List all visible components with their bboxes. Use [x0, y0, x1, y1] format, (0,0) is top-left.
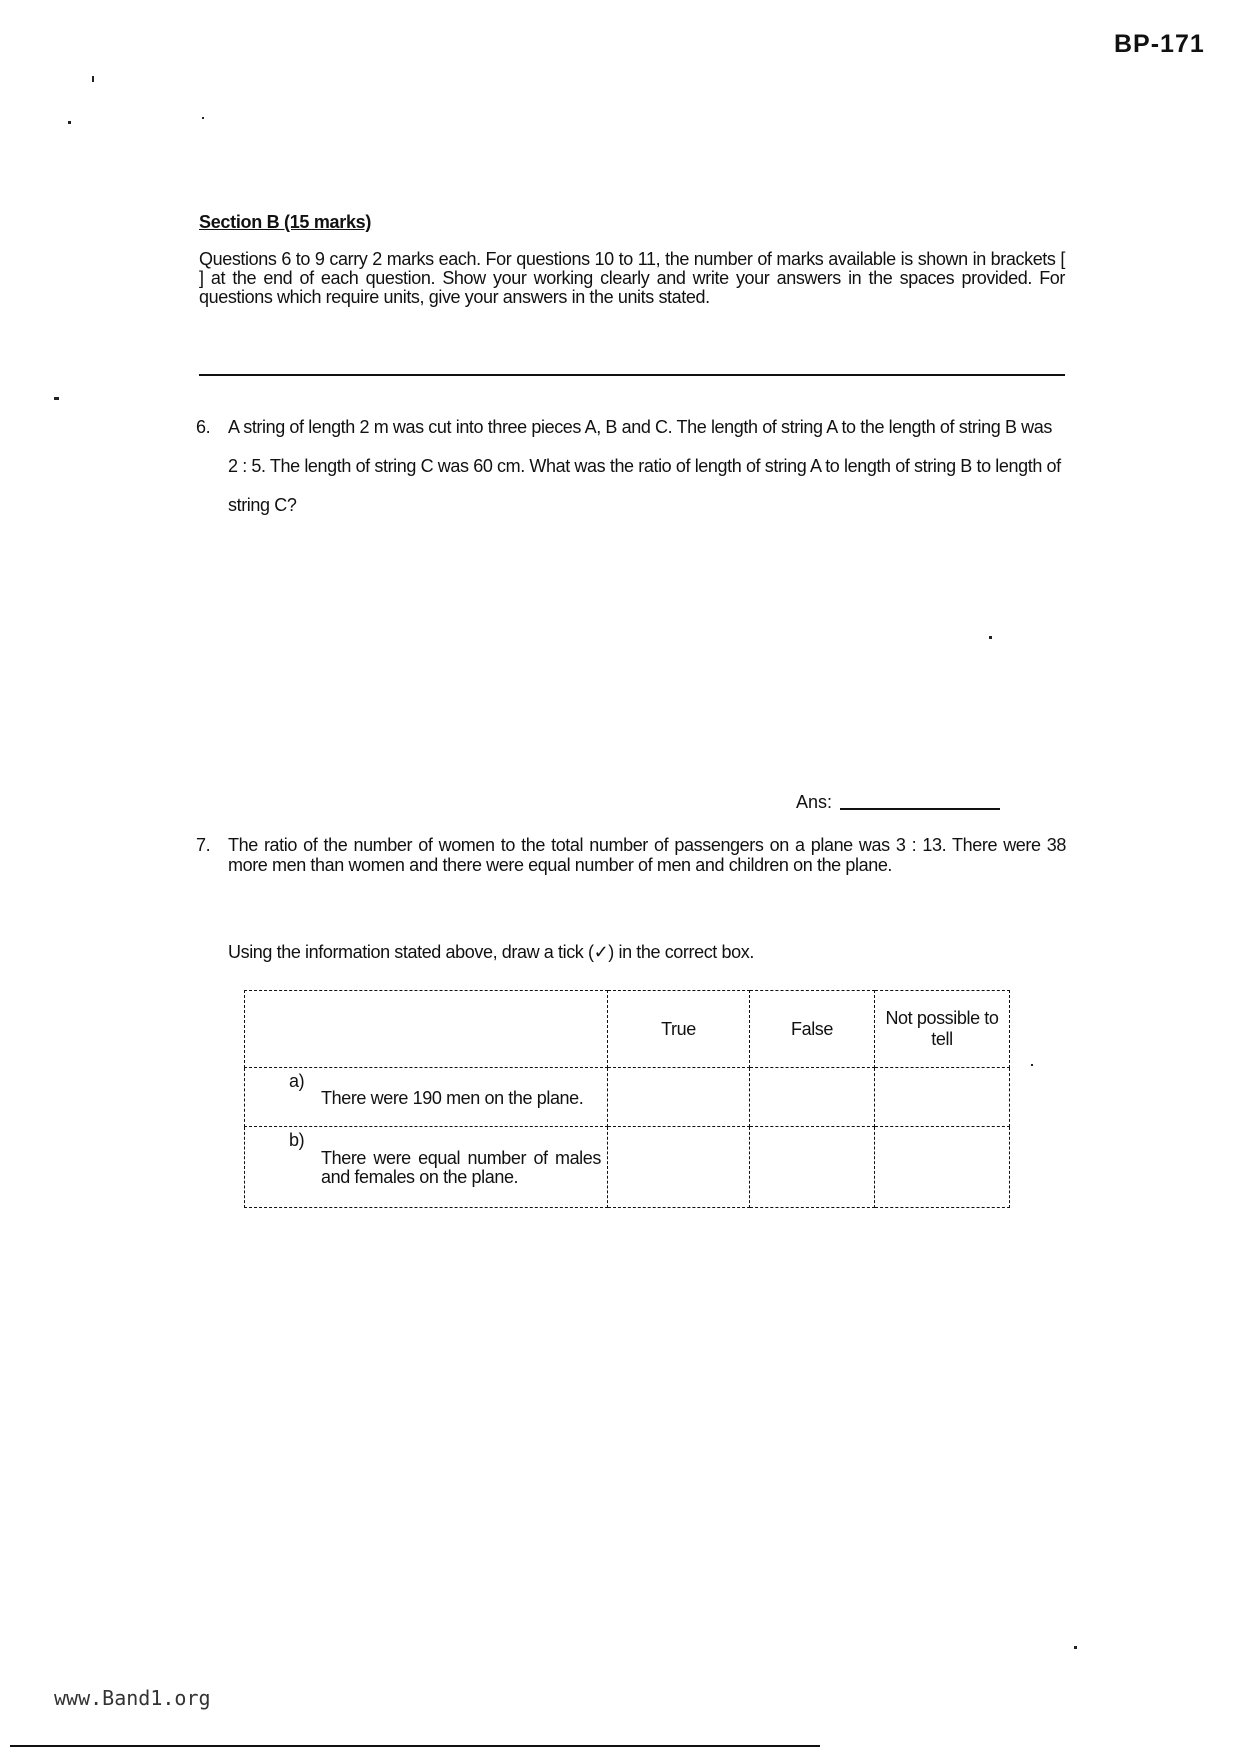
header-statement — [245, 991, 608, 1068]
question-number: 7. — [196, 835, 210, 855]
question-7: 7. The ratio of the number of women to t… — [196, 835, 1066, 875]
statement-label: b) — [289, 1131, 304, 1150]
true-false-table: True False Not possible to tell a) There… — [244, 990, 1010, 1208]
footer-url: www.Band1.org — [54, 1686, 211, 1710]
question-6: 6. A string of length 2 m was cut into t… — [196, 408, 1066, 525]
question-number: 6. — [196, 408, 210, 447]
statement-cell: a) There were 190 men on the plane. — [245, 1068, 608, 1127]
table-header-row: True False Not possible to tell — [245, 991, 1010, 1068]
scan-speck — [68, 121, 71, 124]
tick-box-not-possible[interactable] — [875, 1068, 1010, 1127]
section-instructions: Questions 6 to 9 carry 2 marks each. For… — [199, 250, 1065, 307]
tick-box-not-possible[interactable] — [875, 1127, 1010, 1208]
answer-blank[interactable] — [840, 808, 1000, 810]
statement-label: a) — [289, 1072, 304, 1091]
statement-cell: b) There were equal number of males and … — [245, 1127, 608, 1208]
statement-text: There were equal number of males and fem… — [321, 1148, 601, 1187]
scan-speck — [989, 636, 992, 639]
table-row: a) There were 190 men on the plane. — [245, 1068, 1010, 1127]
page-code: BP-171 — [1114, 30, 1205, 59]
question-text: The ratio of the number of women to the … — [228, 835, 1066, 875]
answer-label: Ans: — [796, 792, 832, 813]
footer-rule — [10, 1745, 820, 1747]
question-text: A string of length 2 m was cut into thre… — [228, 408, 1066, 525]
header-true: True — [608, 991, 750, 1068]
scan-speck — [92, 76, 94, 82]
statement-text: There were 190 men on the plane. — [321, 1088, 583, 1108]
header-not-possible: Not possible to tell — [875, 991, 1010, 1068]
answer-field-q6[interactable]: Ans: — [796, 792, 1000, 813]
section-separator — [199, 374, 1065, 376]
scan-speck — [1074, 1646, 1077, 1649]
scan-speck — [202, 117, 204, 119]
tick-box-false[interactable] — [750, 1127, 875, 1208]
tick-box-true[interactable] — [608, 1127, 750, 1208]
tick-box-false[interactable] — [750, 1068, 875, 1127]
section-title: Section B (15 marks) — [199, 212, 371, 233]
header-false: False — [750, 991, 875, 1068]
tick-box-true[interactable] — [608, 1068, 750, 1127]
scan-speck — [54, 397, 59, 400]
question-instruction: Using the information stated above, draw… — [228, 942, 754, 963]
scan-speck — [1031, 1064, 1033, 1066]
table-row: b) There were equal number of males and … — [245, 1127, 1010, 1208]
